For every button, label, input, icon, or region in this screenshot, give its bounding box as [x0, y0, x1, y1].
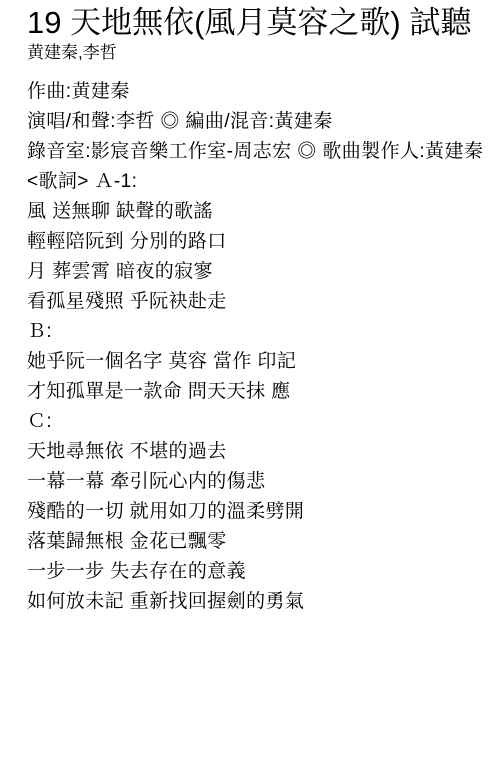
lyrics-line: 如何放未記 重新找回握劍的勇氣	[27, 587, 500, 617]
lyrics-section-a1-label: <歌詞> Ａ-1:	[27, 167, 500, 197]
lyrics-line: 落葉歸無根 金花已飄零	[27, 527, 500, 557]
lyrics-line: 天地尋無依 不堪的過去	[27, 437, 500, 467]
credit-line-vocals: 演唱/和聲:李哲 ◎ 編曲/混音:黃建秦	[27, 107, 500, 137]
credit-line-studio: 錄音室:影宸音樂工作室-周志宏 ◎ 歌曲製作人:黃建秦	[27, 137, 500, 167]
page-title: 19 天地無依(風月莫容之歌) 試聽	[27, 4, 500, 42]
lyrics-line: 才知孤單是一款命 問天天抹 應	[27, 377, 500, 407]
lyrics-section-c-label: Ｃ:	[27, 407, 500, 437]
lyrics-section-b-label: Ｂ:	[27, 317, 500, 347]
lyrics-line: 看孤星殘照 乎阮袂赴走	[27, 287, 500, 317]
lyrics-line: 輕輕陪阮到 分別的路口	[27, 227, 500, 257]
lyrics-line: 一步一步 失去存在的意義	[27, 557, 500, 587]
lyrics-line: 月 葬雲霄 暗夜的寂寥	[27, 257, 500, 287]
artists-line: 黄建秦,李哲	[27, 43, 500, 63]
lyrics-line: 她乎阮一個名字 莫容 當作 印記	[27, 347, 500, 377]
lyrics-page: 19 天地無依(風月莫容之歌) 試聽 黄建秦,李哲 作曲:黄建秦 演唱/和聲:李…	[0, 0, 500, 617]
lyrics-line: 一幕一幕 牽引阮心内的傷悲	[27, 467, 500, 497]
song-info-and-lyrics: 作曲:黄建秦 演唱/和聲:李哲 ◎ 編曲/混音:黃建秦 錄音室:影宸音樂工作室-…	[27, 77, 500, 617]
lyrics-line: 風 送無聊 缺聲的歌謠	[27, 197, 500, 227]
lyrics-line: 殘酷的一切 就用如刀的溫柔劈開	[27, 497, 500, 527]
credit-line-composer: 作曲:黄建秦	[27, 77, 500, 107]
